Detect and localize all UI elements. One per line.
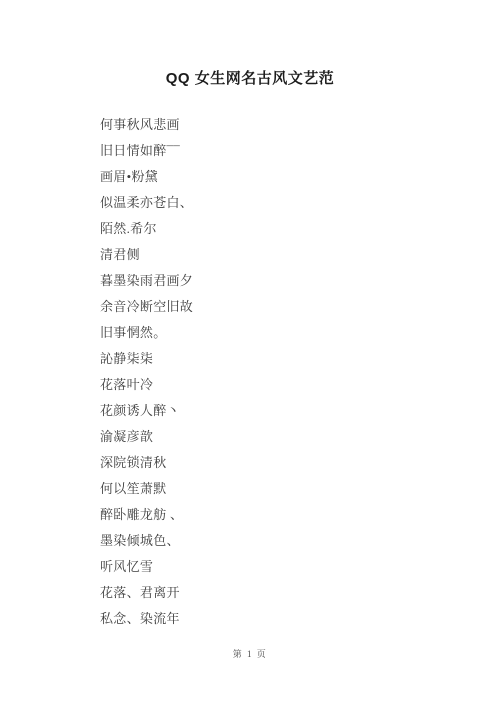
list-item: 深院锁清秋 (100, 450, 193, 476)
list-item: 渝凝彦歆 (100, 424, 193, 450)
list-item: 何以笙萧默 (100, 476, 193, 502)
list-item: 清君侧 (100, 242, 193, 268)
list-item: 花落、君离开 (100, 580, 193, 606)
list-item: 花落叶冷 (100, 372, 193, 398)
list-item: 訫静柒柒 (100, 346, 193, 372)
list-item: 旧事惘然。 (100, 320, 193, 346)
list-item: 陌然.希尔 (100, 216, 193, 242)
list-item: 墨染倾城色、 (100, 528, 193, 554)
name-list: 何事秋风悲画旧日情如醉¯¯画眉•粉黛似温柔亦苍白、陌然.希尔清君侧暮墨染雨君画夕… (100, 112, 193, 632)
list-item: 何事秋风悲画 (100, 112, 193, 138)
page-number: 第 1 页 (0, 647, 500, 660)
list-item: 余音冷断空旧故 (100, 294, 193, 320)
list-item: 似温柔亦苍白、 (100, 190, 193, 216)
list-item: 私念、染流年 (100, 606, 193, 632)
list-item: 画眉•粉黛 (100, 164, 193, 190)
list-item: 花颜诱人醉丶 (100, 398, 193, 424)
list-item: 醉卧雕龙舫 、 (100, 502, 193, 528)
list-item: 听风忆雪 (100, 554, 193, 580)
document-title: QQ 女生网名古风文艺范 (0, 70, 500, 88)
document-page: QQ 女生网名古风文艺范 何事秋风悲画旧日情如醉¯¯画眉•粉黛似温柔亦苍白、陌然… (0, 0, 500, 708)
list-item: 暮墨染雨君画夕 (100, 268, 193, 294)
list-item: 旧日情如醉¯¯ (100, 138, 193, 164)
